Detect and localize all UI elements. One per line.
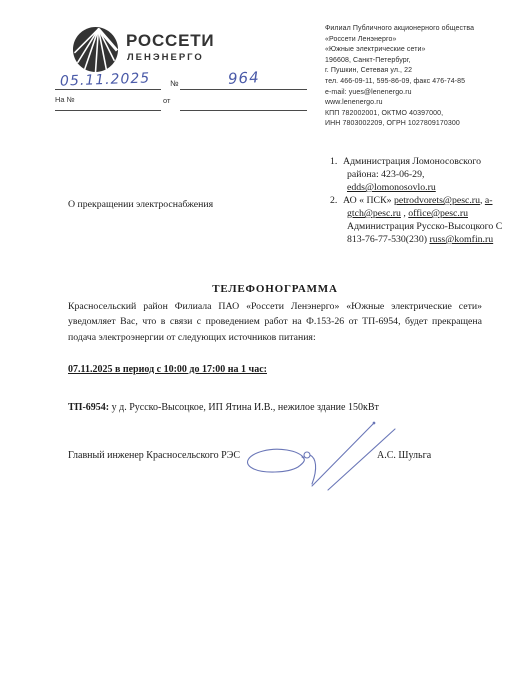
ot-label: от bbox=[163, 96, 170, 105]
email-link[interactable]: edds@lomonosovlo.ru bbox=[347, 182, 436, 193]
brand-subname: ЛЕНЭНЕРГО bbox=[127, 52, 204, 63]
brand-name: РОССЕТИ bbox=[126, 31, 214, 51]
recipient-text: Администрация Ломоносовского района: 423… bbox=[343, 156, 481, 180]
recipient-number: 1. bbox=[330, 155, 343, 168]
org-info-line: «Россети Ленэнерго» bbox=[325, 35, 513, 46]
email-link[interactable]: petrodvorets@pesc.ru bbox=[394, 195, 480, 206]
handwritten-number: 964 bbox=[228, 68, 261, 88]
document-title: ТЕЛЕФОНОГРАММА bbox=[68, 283, 482, 295]
recipient-item: 2.АО « ПСК» petrodvorets@pesc.ru, a-gtch… bbox=[330, 194, 508, 246]
stamp-line bbox=[180, 89, 307, 90]
org-info-line: www.lenenergo.ru bbox=[325, 98, 513, 109]
tp-label: ТП-6954: bbox=[68, 402, 109, 413]
handwritten-date: 05.11.2025 bbox=[60, 70, 151, 89]
org-info-line: тел. 466-09-11, 595-86-09, факс 476-74-8… bbox=[325, 77, 513, 88]
org-info-line: 196608, Санкт-Петербург, bbox=[325, 56, 513, 67]
subject-line: О прекращении электроснабжения bbox=[68, 199, 213, 210]
stamp-line bbox=[55, 89, 161, 90]
letter-page: РОССЕТИ ЛЕНЭНЕРГО Филиал Публичного акци… bbox=[0, 0, 515, 700]
recipient-item: 1.Администрация Ломоносовского района: 4… bbox=[330, 155, 508, 194]
na-no-label: На № bbox=[55, 95, 75, 104]
rosseti-logo-icon bbox=[72, 26, 119, 73]
email-link[interactable]: office@pesc.ru bbox=[408, 208, 468, 219]
recipient-text: АО « ПСК» bbox=[343, 195, 394, 206]
org-info-block: Филиал Публичного акционерного общества … bbox=[325, 24, 513, 130]
signature-scribble-icon bbox=[238, 410, 413, 505]
org-info-line: «Южные электрические сети» bbox=[325, 45, 513, 56]
stamp-line bbox=[180, 110, 307, 111]
recipients-list: 1.Администрация Ломоносовского района: 4… bbox=[330, 155, 508, 246]
body-paragraph: Красносельский район Филиала ПАО «Россет… bbox=[68, 299, 482, 345]
org-info-line: КПП 782002001, ОКТМО 40397000, bbox=[325, 109, 513, 120]
number-sign-label: № bbox=[170, 79, 179, 88]
org-info-line: ИНН 7803002209, ОГРН 1027809170300 bbox=[325, 119, 513, 130]
signature-position: Главный инженер Красносельского РЭС bbox=[68, 450, 240, 461]
schedule-line: 07.11.2025 в период с 10:00 до 17:00 на … bbox=[68, 364, 267, 375]
org-info-line: e-mail: yues@lenenergo.ru bbox=[325, 88, 513, 99]
org-info-line: г. Пушкин, Сетевая ул., 22 bbox=[325, 66, 513, 77]
org-info-line: Филиал Публичного акционерного общества bbox=[325, 24, 513, 35]
recipient-number: 2. bbox=[330, 194, 343, 207]
stamp-line bbox=[55, 110, 161, 111]
email-link[interactable]: russ@komfin.ru bbox=[429, 234, 493, 245]
